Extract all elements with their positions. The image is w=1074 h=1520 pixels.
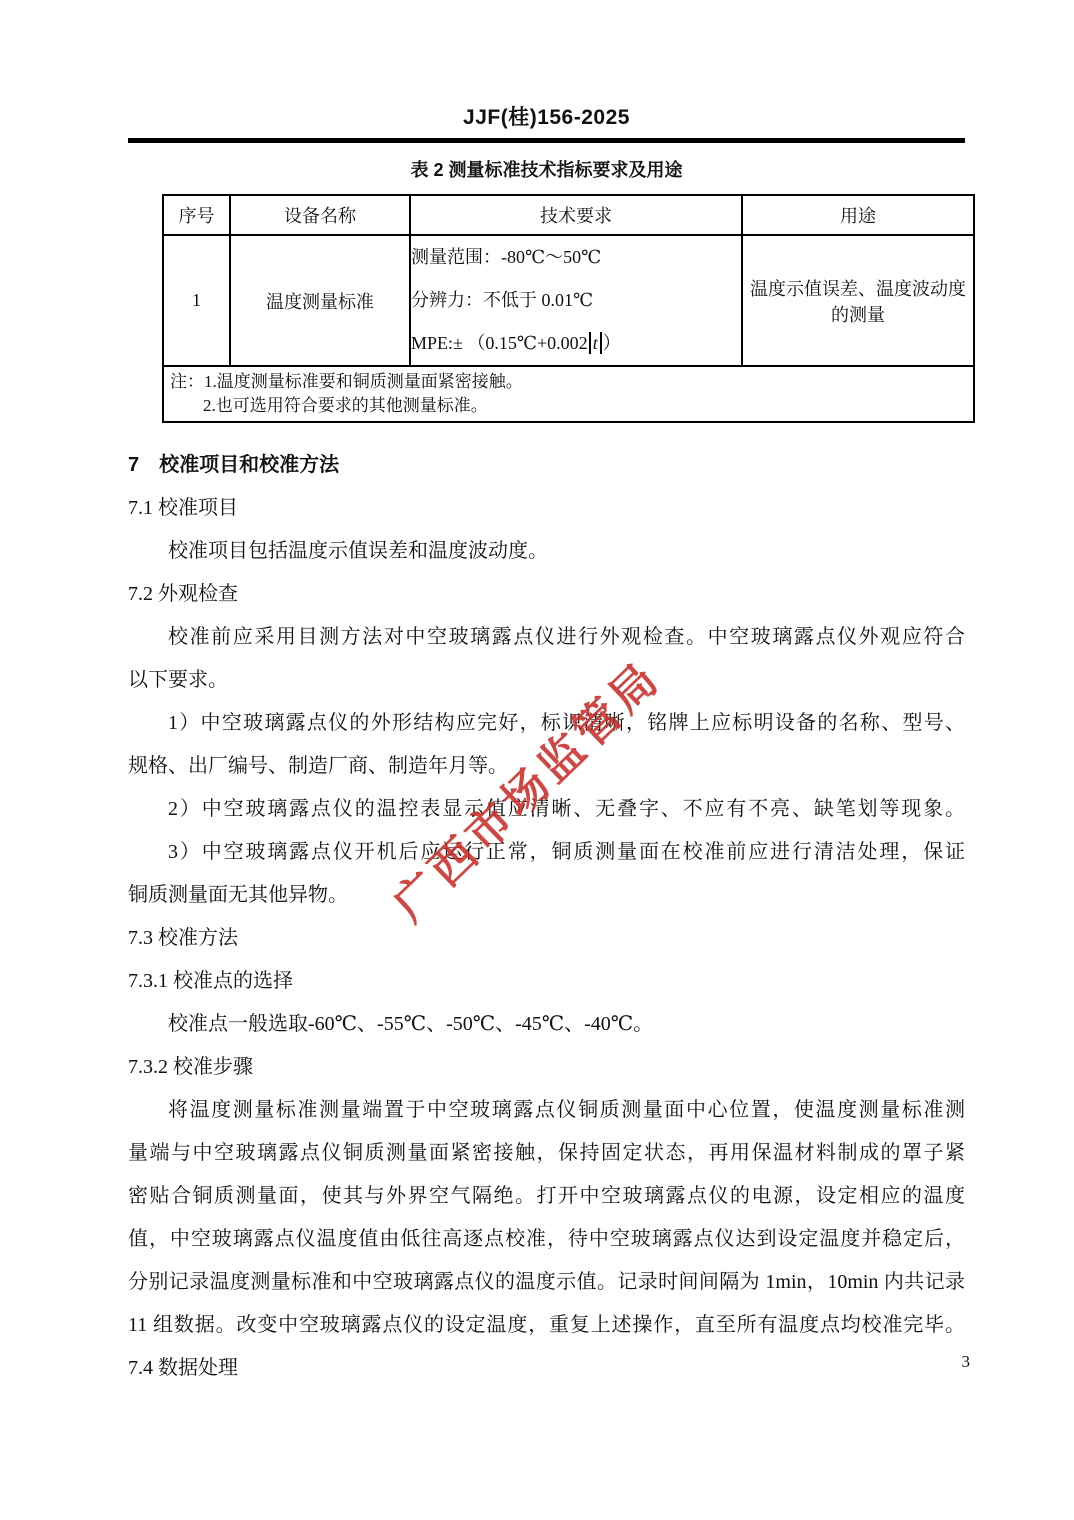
paragraph-line: 值，中空玻璃露点仪温度值由低往高逐点校准，待中空玻璃露点仪达到设定温度并稳定后， <box>128 1218 965 1261</box>
header-rule <box>128 138 965 143</box>
table-header-row: 序号 设备名称 技术要求 用途 <box>163 195 974 235</box>
requirement-range: 测量范围：-80℃～50℃ <box>411 236 741 279</box>
mpe-prefix: MPE:± （0.15℃+0.002 <box>411 333 588 353</box>
table-title: 表 2 测量标准技术指标要求及用途 <box>128 156 965 182</box>
paragraph-line: 将温度测量标准测量端置于中空玻璃露点仪铜质测量面中心位置，使温度测量标准测 <box>128 1089 965 1132</box>
col-header-index: 序号 <box>163 195 230 235</box>
paragraph-line: 校准项目包括温度示值误差和温度波动度。 <box>128 530 965 573</box>
body-text: 7 校准项目和校准方法 7.1 校准项目 校准项目包括温度示值误差和温度波动度。… <box>128 444 965 1390</box>
table-notes-row: 注：1.温度测量标准要和铜质测量面紧密接触。 2.也可选用符合要求的其他测量标准… <box>163 366 974 422</box>
note-2: 2.也可选用符合要求的其他测量标准。 <box>170 394 973 418</box>
paragraph-line: 规格、出厂编号、制造厂商、制造年月等。 <box>128 745 965 788</box>
cell-device: 温度测量标准 <box>230 235 410 366</box>
cell-requirements: 测量范围：-80℃～50℃ 分辨力：不低于 0.01℃ MPE:± （0.15℃… <box>410 235 742 366</box>
paragraph-line: 校准点一般选取-60℃、-55℃、-50℃、-45℃、-40℃。 <box>128 1003 965 1046</box>
col-header-device: 设备名称 <box>230 195 410 235</box>
heading-7-1: 7.1 校准项目 <box>128 487 965 530</box>
page-content: JJF(桂)156-2025 表 2 测量标准技术指标要求及用途 序号 设备名称… <box>128 0 965 1390</box>
list-item-2: 2）中空玻璃露点仪的温控表显示值应清晰、无叠字、不应有不亮、缺笔划等现象。 <box>128 788 965 831</box>
heading-7-3-2: 7.3.2 校准步骤 <box>128 1046 965 1089</box>
table-row: 1 温度测量标准 测量范围：-80℃～50℃ 分辨力：不低于 0.01℃ MPE… <box>163 235 974 366</box>
list-item-3: 3）中空玻璃露点仪开机后应运行正常，铜质测量面在校准前应进行清洁处理，保证 <box>128 831 965 874</box>
col-header-requirements: 技术要求 <box>410 195 742 235</box>
paragraph-line: 校准前应采用目测方法对中空玻璃露点仪进行外观检查。中空玻璃露点仪外观应符合 <box>128 616 965 659</box>
heading-7: 7 校准项目和校准方法 <box>128 444 965 487</box>
heading-7-4: 7.4 数据处理 <box>128 1347 965 1390</box>
list-item-1: 1）中空玻璃露点仪的外形结构应完好，标识清晰，铭牌上应标明设备的名称、型号、 <box>128 702 965 745</box>
requirement-resolution: 分辨力：不低于 0.01℃ <box>411 279 741 322</box>
paragraph-line: 量端与中空玻璃露点仪铜质测量面紧密接触，保持固定状态，再用保温材料制成的罩子紧 <box>128 1132 965 1175</box>
cell-index: 1 <box>163 235 230 366</box>
page-number: 3 <box>962 1352 971 1372</box>
paragraph-line: 分别记录温度测量标准和中空玻璃露点仪的温度示值。记录时间间隔为 1min，10m… <box>128 1261 965 1304</box>
document-page: JJF(桂)156-2025 表 2 测量标准技术指标要求及用途 序号 设备名称… <box>0 0 1074 1520</box>
mpe-variable: t <box>589 332 602 354</box>
cell-usage: 温度示值误差、温度波动度的测量 <box>742 235 974 366</box>
heading-7-3-1: 7.3.1 校准点的选择 <box>128 960 965 1003</box>
note-1: 注：1.温度测量标准要和铜质测量面紧密接触。 <box>170 370 973 394</box>
col-header-usage: 用途 <box>742 195 974 235</box>
mpe-suffix: ） <box>603 333 621 353</box>
requirement-mpe: MPE:± （0.15℃+0.002t） <box>411 322 741 365</box>
spec-table: 序号 设备名称 技术要求 用途 1 温度测量标准 测量范围：-80℃～50℃ 分… <box>162 194 975 423</box>
heading-7-3: 7.3 校准方法 <box>128 917 965 960</box>
paragraph-line: 铜质测量面无其他异物。 <box>128 874 965 917</box>
paragraph-line: 密贴合铜质测量面，使其与外界空气隔绝。打开中空玻璃露点仪的电源，设定相应的温度 <box>128 1175 965 1218</box>
paragraph-line: 11 组数据。改变中空玻璃露点仪的设定温度，重复上述操作，直至所有温度点均校准完… <box>128 1304 965 1347</box>
document-number: JJF(桂)156-2025 <box>128 0 965 131</box>
table-notes: 注：1.温度测量标准要和铜质测量面紧密接触。 2.也可选用符合要求的其他测量标准… <box>163 366 974 422</box>
heading-7-2: 7.2 外观检查 <box>128 573 965 616</box>
paragraph-line: 以下要求。 <box>128 659 965 702</box>
